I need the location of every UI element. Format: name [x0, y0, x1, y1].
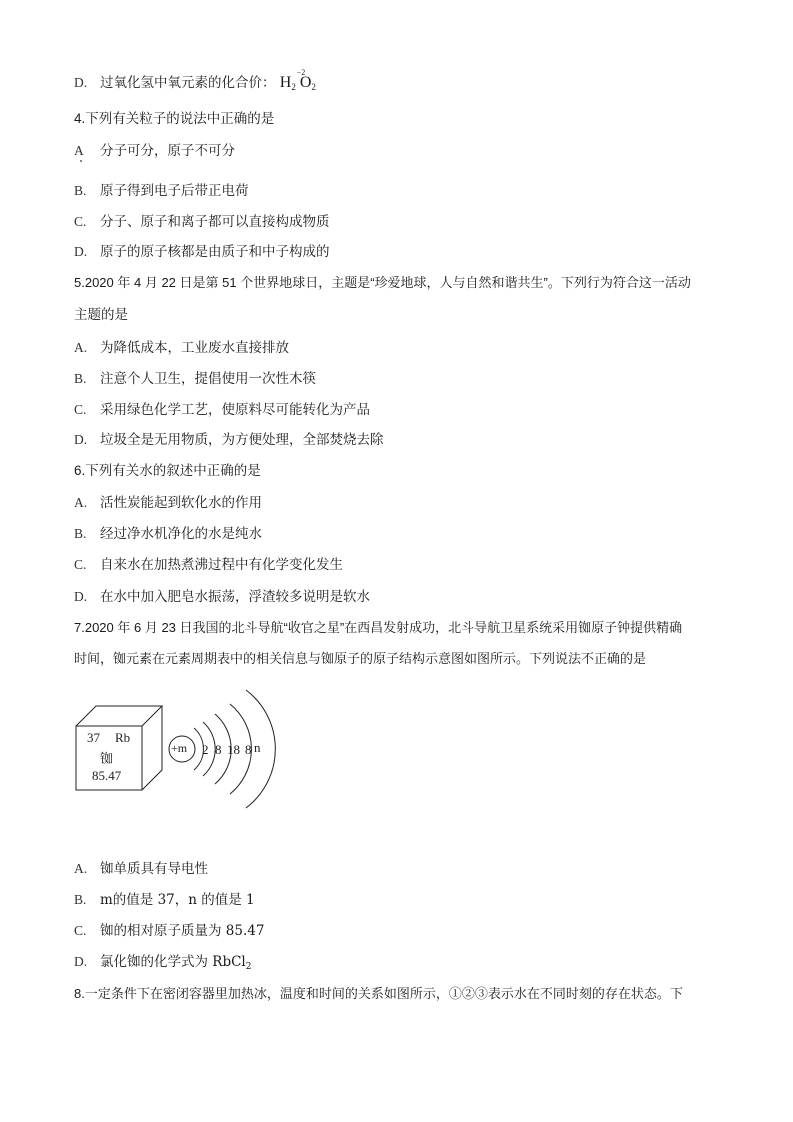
option-text: 分子可分，原子不可分 [100, 143, 235, 159]
option-text: 铷的相对原子质量为 85.47 [100, 923, 264, 939]
q4-option-d: D.原子的原子核都是由质子和中子构成的 [74, 243, 330, 261]
option-letter: C. [74, 213, 100, 231]
option-letter: D. [74, 431, 100, 449]
q7-stem-line1: 7.2020 年 6 月 23 日我国的北斗导航“收官之星”在西昌发射成功，北斗… [74, 619, 682, 638]
option-text: 活性炭能起到软化水的作用 [100, 495, 262, 511]
option-text: 分子、原子和离子都可以直接构成物质 [100, 214, 330, 230]
q7-stem-line2: 时间，铷元素在元素周期表中的相关信息与铷原子的原子结构示意图如图所示。下列说法不… [74, 651, 646, 669]
option-letter: A. [74, 339, 100, 357]
q4-option-b: B.原子得到电子后带正电荷 [74, 182, 249, 200]
q5-option-a: A.为降低成本，工业废水直接排放 [74, 339, 289, 357]
q5-option-b: B.注意个人卫生，提倡使用一次性木筷 [74, 370, 316, 388]
question-stem: 4.下列有关粒子的说法中正确的是 [74, 111, 274, 126]
option-text: m的值是 37，n 的值是 1 [100, 892, 255, 908]
q6-option-d: D.在水中加入肥皂水振荡，浮渣较多说明是软水 [74, 588, 370, 606]
q6-stem: 6.下列有关水的叙述中正确的是 [74, 462, 261, 480]
shell-1-electrons: 2 [202, 742, 209, 758]
option-letter: A [74, 142, 100, 160]
question-stem: 6.下列有关水的叙述中正确的是 [74, 463, 261, 478]
q4-stem: 4.下列有关粒子的说法中正确的是 [74, 110, 274, 128]
option-letter: D. [74, 243, 100, 261]
q6-option-c: C.自来水在加热煮沸过程中有化学变化发生 [74, 556, 343, 574]
q4-option-c: C.分子、原子和离子都可以直接构成物质 [74, 213, 330, 231]
option-text: 垃圾全是无用物质，为方便处理，全部焚烧去除 [100, 432, 384, 448]
q8-stem-line1: 8.一定条件下在密闭容器里加热冰，温度和时间的关系如图所示，①②③表示水在不同时… [74, 985, 683, 1004]
q6-option-a: A.活性炭能起到软化水的作用 [74, 494, 262, 512]
option-letter: C. [74, 401, 100, 419]
option-letter: C. [74, 556, 100, 574]
valence-mark: −2 [297, 64, 306, 82]
q6-option-b: B.经过净水机净化的水是纯水 [74, 525, 262, 543]
q7-option-c: C.铷的相对原子质量为 85.47 [74, 922, 264, 940]
q4-option-a: A分子可分，原子不可分 [74, 142, 235, 160]
shell-4-electrons: 8 [245, 742, 252, 758]
element-name: 铷 [100, 748, 113, 767]
option-text: 原子得到电子后带正电荷 [100, 183, 249, 199]
option-letter: C. [74, 922, 100, 940]
question-stem: 7.2020 年 6 月 23 日我国的北斗导航“收官之星”在西昌发射成功，北斗… [74, 620, 682, 635]
q5-stem-line1: 5.2020 年 4 月 22 日是第 51 个世界地球日，主题是“珍爱地球，人… [74, 274, 691, 293]
option-letter: A. [74, 860, 100, 878]
formula-o-sub: 2 [311, 82, 316, 92]
option-text: 原子的原子核都是由质子和中子构成的 [100, 244, 330, 260]
option-text: 过氧化氢中氧元素的化合价： [100, 75, 276, 91]
option-letter: B. [74, 182, 100, 200]
option-text: 注意个人卫生，提倡使用一次性木筷 [100, 371, 316, 387]
option-letter: B. [74, 525, 100, 543]
option-letter: D. [74, 953, 100, 971]
option-letter: B. [74, 891, 100, 909]
option-letter: A. [74, 494, 100, 512]
question-stem-cont: 时间，铷元素在元素周期表中的相关信息与铷原子的原子结构示意图如图所示。下列说法不… [74, 652, 646, 667]
option-text: 采用绿色化学工艺，使原料尽可能转化为产品 [100, 402, 370, 418]
atomic-number: 37 [87, 730, 100, 746]
q7-option-b: B.m的值是 37，n 的值是 1 [74, 891, 255, 909]
formula-h: H [280, 74, 292, 91]
shell-5-electrons: n [254, 740, 261, 756]
q5-stem-line2: 主题的是 [74, 306, 128, 324]
option-text: 在水中加入肥皂水振荡，浮渣较多说明是软水 [100, 589, 370, 605]
option-letter: D. [74, 74, 100, 92]
option-letter: D. [74, 588, 100, 606]
stray-dot [80, 160, 82, 162]
question-stem: 8.一定条件下在密闭容器里加热冰，温度和时间的关系如图所示，①②③表示水在不同时… [74, 986, 683, 1001]
formula-h-sub: 2 [291, 82, 296, 92]
q3-option-d: D.过氧化氢中氧元素的化合价： H2 O2−2 [74, 74, 316, 96]
option-text: 为降低成本，工业废水直接排放 [100, 340, 289, 356]
q7-option-a: A.铷单质具有导电性 [74, 860, 208, 878]
option-text: 经过净水机净化的水是纯水 [100, 526, 262, 542]
q7-option-d: D.氯化铷的化学式为 RbCl2 [74, 953, 251, 976]
shell-2-electrons: 8 [215, 742, 222, 758]
option-text: 自来水在加热煮沸过程中有化学变化发生 [100, 557, 343, 573]
element-symbol: Rb [115, 730, 130, 746]
question-stem-cont: 主题的是 [74, 307, 128, 323]
question-stem: 5.2020 年 4 月 22 日是第 51 个世界地球日，主题是“珍爱地球，人… [74, 275, 691, 290]
shell-3-electrons: 18 [227, 742, 240, 758]
rubidium-figure: 37 Rb 铷 85.47 +m 2 8 18 8 n [70, 680, 280, 810]
q5-option-d: D.垃圾全是无用物质，为方便处理，全部焚烧去除 [74, 431, 384, 449]
q5-option-c: C.采用绿色化学工艺，使原料尽可能转化为产品 [74, 401, 370, 419]
h2o2-formula: H2 O2−2 [280, 74, 316, 96]
formula-sub: 2 [246, 962, 252, 972]
atomic-mass: 85.47 [92, 768, 121, 784]
nucleus-charge: +m [171, 741, 187, 756]
option-text: 铷单质具有导电性 [100, 861, 208, 877]
option-text: 氯化铷的化学式为 RbCl [100, 954, 246, 970]
option-letter: B. [74, 370, 100, 388]
